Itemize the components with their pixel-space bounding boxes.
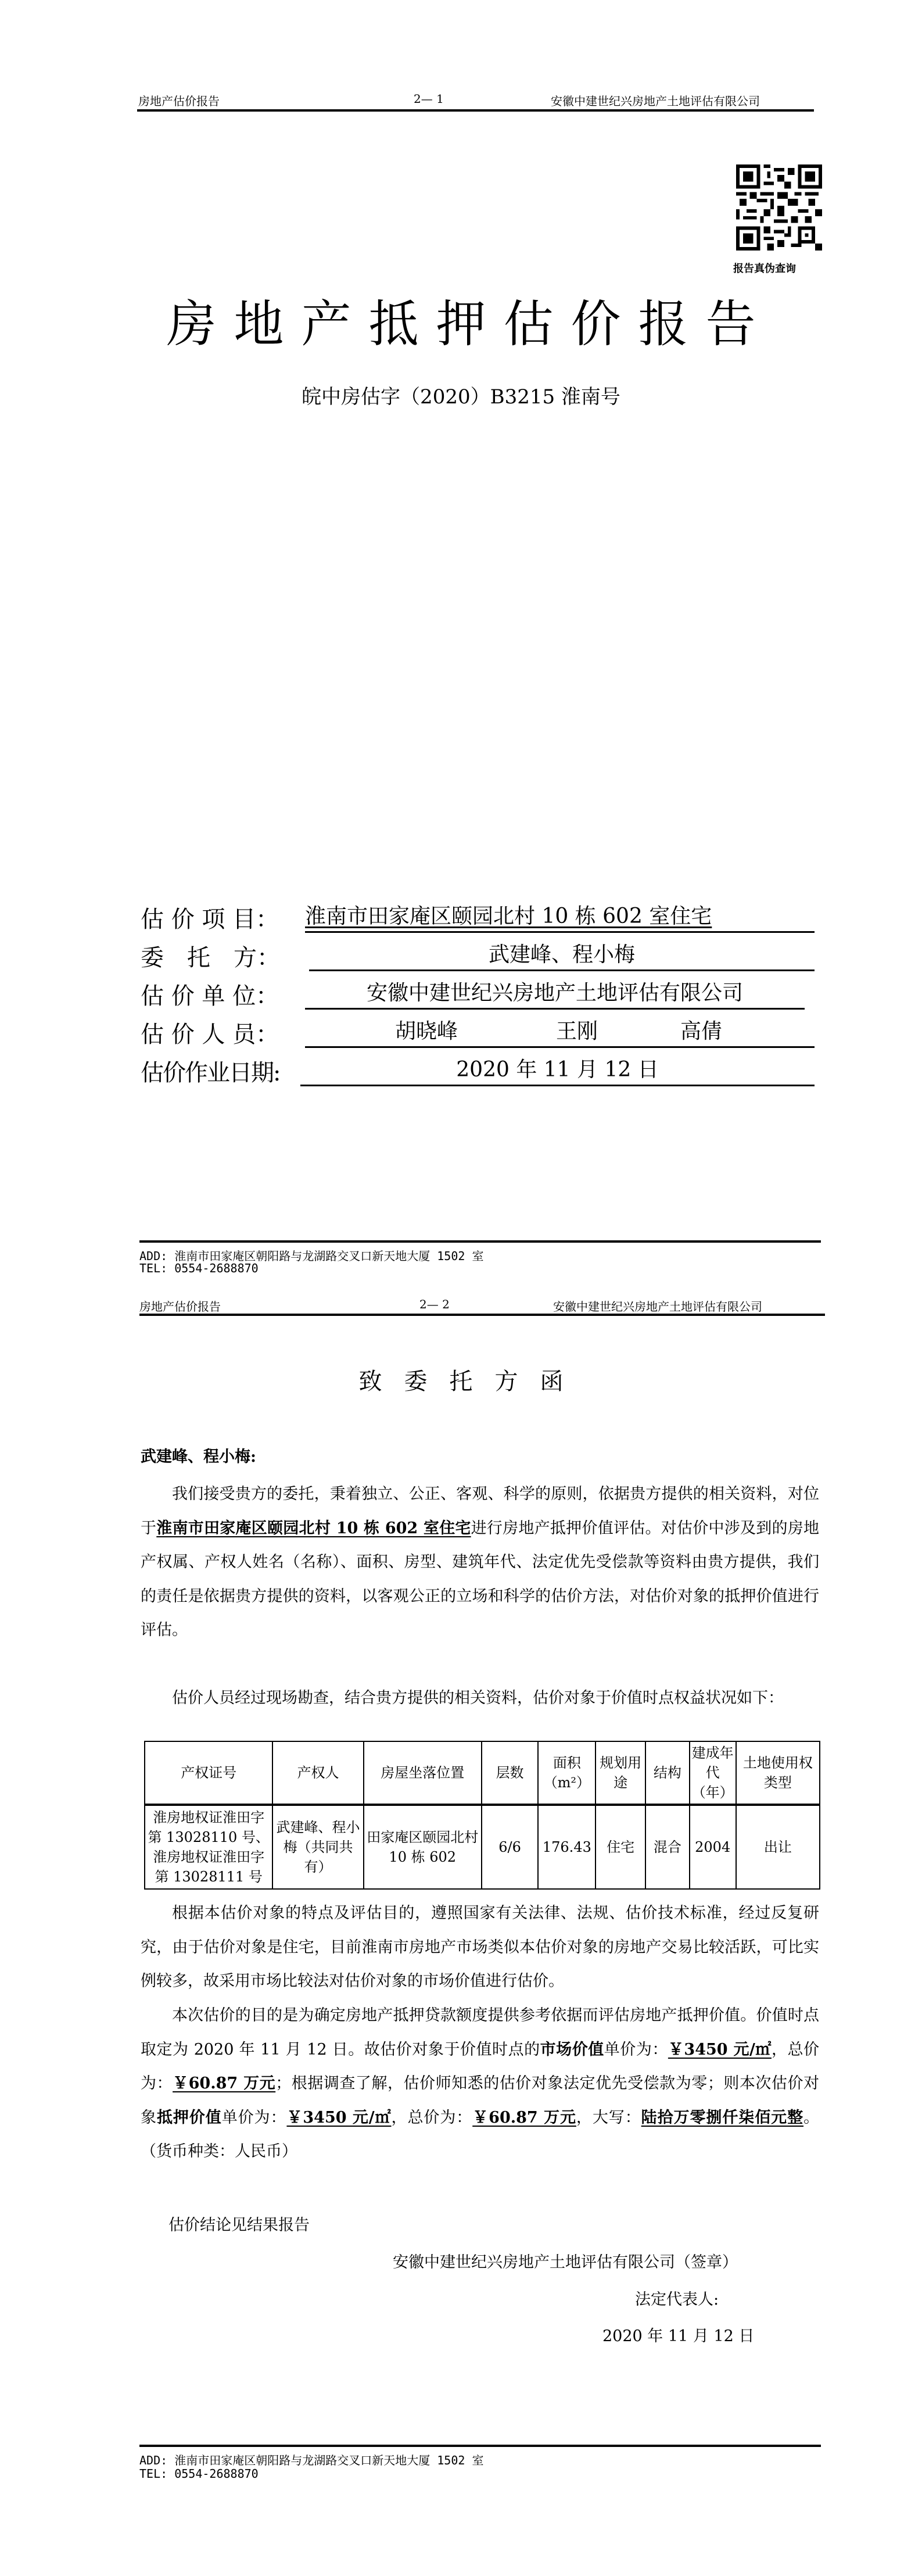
footer-phone: TEL: 0554-2688870 [139,2467,259,2481]
value-work-date: 2020 年 11 月 12 日 [300,1056,815,1086]
paragraph-valuation: 本次估价的目的是为确定房地产抵押贷款额度提供参考依据而评估房地产抵押价值。价值时… [141,1999,819,2169]
col-land-right-type: 土地使用权类型 [736,1741,820,1805]
header-doc-type: 房地产估价报告 [139,1297,221,1314]
market-total-price: ￥60.87 万元 [173,2074,275,2092]
header-company: 安徽中建世纪兴房地产土地评估有限公司 [553,1297,762,1314]
paragraph-status: 估价人员经过现场勘查，结合贵方提供的相关资料，估价对象于价值时点权益状况如下： [141,1681,819,1716]
col-owner: 产权人 [272,1741,363,1805]
market-unit-price: ￥3450 元/㎡ [668,2041,772,2059]
table-header-row: 产权证号 产权人 房屋坐落位置 层数 面积（m²） 规划用途 结构 建成年代（年… [145,1741,820,1805]
signature-company: 安徽中建世纪兴房地产土地评估有限公司（签章） [393,2249,738,2272]
mortgage-total-price: ￥60.87 万元 [472,2109,576,2127]
form-row-appraisers: 估 价 人 员： 胡晓峰 王刚 高倩 [141,1016,815,1049]
header-doc-type: 房地产估价报告 [138,92,220,109]
text: 单价为： [604,2041,668,2059]
label-appraisers: 估 价 人 员： [141,1016,279,1049]
label-client: 委 托 方： [141,939,280,972]
cell-floors: 6/6 [482,1805,539,1889]
text: ，总价为： [392,2109,473,2127]
col-structure: 结构 [645,1741,690,1805]
col-usage: 规划用途 [595,1741,645,1805]
label-project: 估 价 项 目： [141,901,279,934]
table-row: 淮房地权证淮田字第 13028110 号、淮房地权证淮田字第 13028111 … [145,1805,820,1889]
cell-usage: 住宅 [595,1805,645,1889]
col-floors: 层数 [482,1741,539,1805]
value-client: 武建峰、程小梅 [309,940,815,971]
cell-location: 田家庵区颐园北村 10 栋 602 [364,1805,482,1889]
cell-land-right-type: 出让 [736,1805,820,1889]
mortgage-value-label: 抵押价值 [157,2109,222,2127]
appraiser-name: 胡晓峰 [395,1017,458,1046]
value-appraisers: 胡晓峰 王刚 高倩 [305,1017,815,1048]
cell-structure: 混合 [645,1805,690,1889]
footer-phone: TEL: 0554-2688870 [139,1261,259,1275]
text: ，大写： [576,2109,641,2127]
footer-rule [139,2445,821,2447]
appraiser-name: 王刚 [556,1017,598,1046]
value-appraiser-org: 安徽中建世纪兴房地产土地评估有限公司 [305,979,805,1010]
form-row-client: 委 托 方： 武建峰、程小梅 [141,939,815,972]
qr-verify-label: 报告真伪查询 [733,260,796,276]
col-year-built: 建成年代（年） [690,1741,736,1805]
header-page-number: 2— 2 [419,1297,450,1311]
appraiser-name: 高倩 [680,1017,722,1046]
paragraph-intro: 我们接受贵方的委托，秉着独立、公正、客观、科学的原则，依据贵方提供的相关资料，对… [141,1477,819,1648]
value-project: 淮南市田家庵区颐园北村 10 栋 602 室住宅 [305,902,815,931]
header-company: 安徽中建世纪兴房地产土地评估有限公司 [551,92,760,109]
col-area: 面积（m²） [538,1741,595,1805]
market-value-label: 市场价值 [540,2041,604,2059]
header-rule [139,1314,825,1316]
conclusion-note: 估价结论见结果报告 [168,2209,847,2243]
report-number: 皖中房估字（2020）B3215 淮南号 [0,381,922,409]
header-page-number: 2— 1 [414,92,444,106]
cell-year-built: 2004 [690,1805,736,1889]
cell-owner: 武建峰、程小梅（共同共有） [272,1805,363,1889]
signature-date: 2020 年 11 月 12 日 [602,2323,754,2346]
signature-legal-rep: 法定代表人: [635,2287,719,2309]
mortgage-unit-price: ￥3450 元/㎡ [286,2109,391,2127]
total-in-words: 陆拾万零捌仟柒佰元整 [641,2109,803,2127]
cell-cert-no: 淮房地权证淮田字第 13028110 号、淮房地权证淮田字第 13028111 … [145,1805,272,1889]
footer-address: ADD: 淮南市田家庵区朝阳路与龙湖路交叉口新天地大厦 1502 室 [139,2451,483,2468]
cell-area: 176.43 [538,1805,595,1889]
footer-rule [139,1240,821,1243]
label-appraiser-org: 估 价 单 位： [141,978,279,1011]
text: 单价为： [222,2109,287,2127]
letter-title: 致委托方函 [0,1363,922,1396]
underline [305,931,815,933]
report-title: 房地产抵押估价报告 [0,284,922,356]
paragraph-method: 根据本估价对象的特点及评估目的，遵照国家有关法律、法规、估价技术标准，经过反复研… [141,1897,819,1999]
property-table: 产权证号 产权人 房屋坐落位置 层数 面积（m²） 规划用途 结构 建成年代（年… [144,1741,820,1890]
qr-code-icon[interactable] [736,164,822,251]
form-row-appraiser-org: 估 价 单 位： 安徽中建世纪兴房地产土地评估有限公司 [141,978,815,1010]
salutation: 武建峰、程小梅: [141,1440,819,1475]
col-location: 房屋坐落位置 [364,1741,482,1805]
col-cert-no: 产权证号 [145,1741,272,1805]
label-work-date: 估价作业日期: [141,1054,279,1087]
form-row-work-date: 估价作业日期: 2020 年 11 月 12 日 [141,1054,815,1087]
header-rule [137,109,814,112]
form-row-project: 估 价 项 目： 淮南市田家庵区颐园北村 10 栋 602 室住宅 [141,901,815,933]
property-address: 淮南市田家庵区颐园北村 10 栋 602 室住宅 [156,1519,471,1537]
